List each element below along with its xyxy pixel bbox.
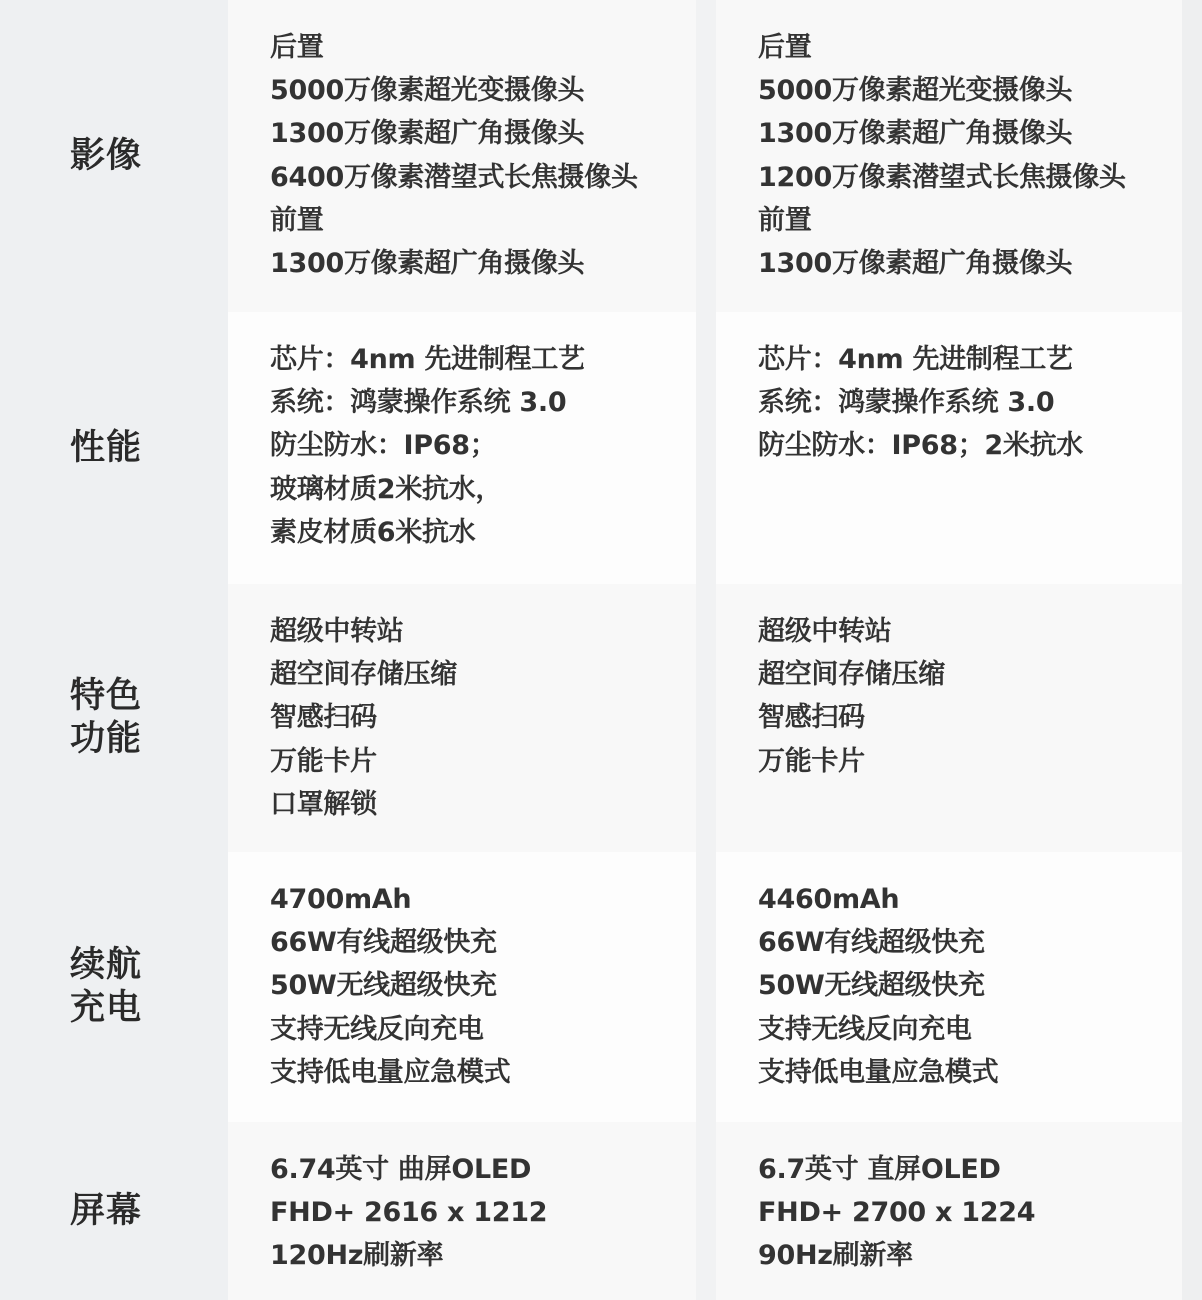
spec-line: 万能卡片 bbox=[758, 740, 1182, 783]
right-edge bbox=[1182, 312, 1202, 584]
column-divider bbox=[696, 584, 716, 852]
spec-line: 66W有线超级快充 bbox=[758, 921, 1182, 964]
label-line: 续航 bbox=[70, 944, 142, 987]
phone-b-performance-specs: 芯片：4nm 先进制程工艺 系统：鸿蒙操作系统 3.0 防尘防水：IP68；2米… bbox=[716, 312, 1182, 584]
right-edge bbox=[1182, 1122, 1202, 1300]
spec-line: 超空间存储压缩 bbox=[758, 653, 1182, 696]
right-edge bbox=[1182, 0, 1202, 312]
phone-a-features-specs: 超级中转站 超空间存储压缩 智感扫码 万能卡片 口罩解锁 bbox=[228, 584, 696, 852]
phone-b-features-specs: 超级中转站 超空间存储压缩 智感扫码 万能卡片 bbox=[716, 584, 1182, 852]
spec-line: 4460mAh bbox=[758, 878, 1182, 921]
spec-line: 后置 bbox=[758, 26, 1182, 69]
label-line: 功能 bbox=[70, 718, 142, 761]
label-line: 特色 bbox=[70, 675, 142, 718]
spec-line: 防尘防水：IP68；2米抗水 bbox=[758, 424, 1182, 467]
label-line: 性能 bbox=[70, 427, 142, 470]
spec-line: 5000万像素超光变摄像头 bbox=[758, 69, 1182, 112]
spec-line: 6.7英寸 直屏OLED bbox=[758, 1148, 1182, 1191]
spec-line: 支持低电量应急模式 bbox=[758, 1051, 1182, 1094]
spec-line: 超空间存储压缩 bbox=[270, 653, 696, 696]
spec-line: 120Hz刷新率 bbox=[270, 1234, 696, 1277]
spec-line: 系统：鸿蒙操作系统 3.0 bbox=[758, 381, 1182, 424]
row-label-camera: 影像 bbox=[0, 0, 228, 312]
spec-line: 5000万像素超光变摄像头 bbox=[270, 69, 696, 112]
spec-line: 口罩解锁 bbox=[270, 783, 696, 826]
spec-line: FHD+ 2700 x 1224 bbox=[758, 1191, 1182, 1234]
spec-line: 1300万像素超广角摄像头 bbox=[270, 242, 696, 285]
row-label-display: 屏幕 bbox=[0, 1122, 228, 1300]
spec-line: 50W无线超级快充 bbox=[758, 964, 1182, 1007]
column-divider bbox=[696, 852, 716, 1122]
spec-line: 素皮材质6米抗水 bbox=[270, 511, 696, 554]
phone-b-camera-specs: 后置 5000万像素超光变摄像头 1300万像素超广角摄像头 1200万像素潜望… bbox=[716, 0, 1182, 312]
row-label-performance: 性能 bbox=[0, 312, 228, 584]
spec-line: 4700mAh bbox=[270, 878, 696, 921]
spec-line: 超级中转站 bbox=[270, 610, 696, 653]
right-edge bbox=[1182, 852, 1202, 1122]
spec-line: 前置 bbox=[270, 199, 696, 242]
spec-line: 支持无线反向充电 bbox=[758, 1008, 1182, 1051]
phone-b-battery-specs: 4460mAh 66W有线超级快充 50W无线超级快充 支持无线反向充电 支持低… bbox=[716, 852, 1182, 1122]
spec-line: 支持无线反向充电 bbox=[270, 1008, 696, 1051]
spec-line: FHD+ 2616 x 1212 bbox=[270, 1191, 696, 1234]
spec-line: 前置 bbox=[758, 199, 1182, 242]
spec-line: 后置 bbox=[270, 26, 696, 69]
spec-line: 1200万像素潜望式长焦摄像头 bbox=[758, 156, 1182, 199]
label-line: 充电 bbox=[70, 987, 142, 1030]
spec-line: 6400万像素潜望式长焦摄像头 bbox=[270, 156, 696, 199]
column-divider bbox=[696, 0, 716, 312]
spec-line: 芯片：4nm 先进制程工艺 bbox=[758, 338, 1182, 381]
label-line: 影像 bbox=[70, 135, 142, 178]
column-divider bbox=[696, 1122, 716, 1300]
right-edge bbox=[1182, 584, 1202, 852]
spec-line: 66W有线超级快充 bbox=[270, 921, 696, 964]
label-line: 屏幕 bbox=[70, 1190, 142, 1233]
spec-line: 系统：鸿蒙操作系统 3.0 bbox=[270, 381, 696, 424]
spec-line: 芯片：4nm 先进制程工艺 bbox=[270, 338, 696, 381]
spec-line: 6.74英寸 曲屏OLED bbox=[270, 1148, 696, 1191]
spec-line: 超级中转站 bbox=[758, 610, 1182, 653]
spec-line: 防尘防水：IP68； bbox=[270, 424, 696, 467]
row-label-battery: 续航 充电 bbox=[0, 852, 228, 1122]
row-label-features: 特色 功能 bbox=[0, 584, 228, 852]
spec-line: 万能卡片 bbox=[270, 740, 696, 783]
phone-b-display-specs: 6.7英寸 直屏OLED FHD+ 2700 x 1224 90Hz刷新率 bbox=[716, 1122, 1182, 1300]
phone-a-performance-specs: 芯片：4nm 先进制程工艺 系统：鸿蒙操作系统 3.0 防尘防水：IP68； 玻… bbox=[228, 312, 696, 584]
column-divider bbox=[696, 312, 716, 584]
spec-line: 1300万像素超广角摄像头 bbox=[758, 242, 1182, 285]
spec-line: 1300万像素超广角摄像头 bbox=[758, 112, 1182, 155]
spec-comparison-table: 影像 后置 5000万像素超光变摄像头 1300万像素超广角摄像头 6400万像… bbox=[0, 0, 1202, 1300]
spec-line: 1300万像素超广角摄像头 bbox=[270, 112, 696, 155]
spec-line: 90Hz刷新率 bbox=[758, 1234, 1182, 1277]
spec-line: 50W无线超级快充 bbox=[270, 964, 696, 1007]
phone-a-display-specs: 6.74英寸 曲屏OLED FHD+ 2616 x 1212 120Hz刷新率 bbox=[228, 1122, 696, 1300]
spec-line: 玻璃材质2米抗水， bbox=[270, 468, 696, 511]
spec-line: 智感扫码 bbox=[758, 696, 1182, 739]
spec-line: 支持低电量应急模式 bbox=[270, 1051, 696, 1094]
phone-a-camera-specs: 后置 5000万像素超光变摄像头 1300万像素超广角摄像头 6400万像素潜望… bbox=[228, 0, 696, 312]
spec-line: 智感扫码 bbox=[270, 696, 696, 739]
phone-a-battery-specs: 4700mAh 66W有线超级快充 50W无线超级快充 支持无线反向充电 支持低… bbox=[228, 852, 696, 1122]
